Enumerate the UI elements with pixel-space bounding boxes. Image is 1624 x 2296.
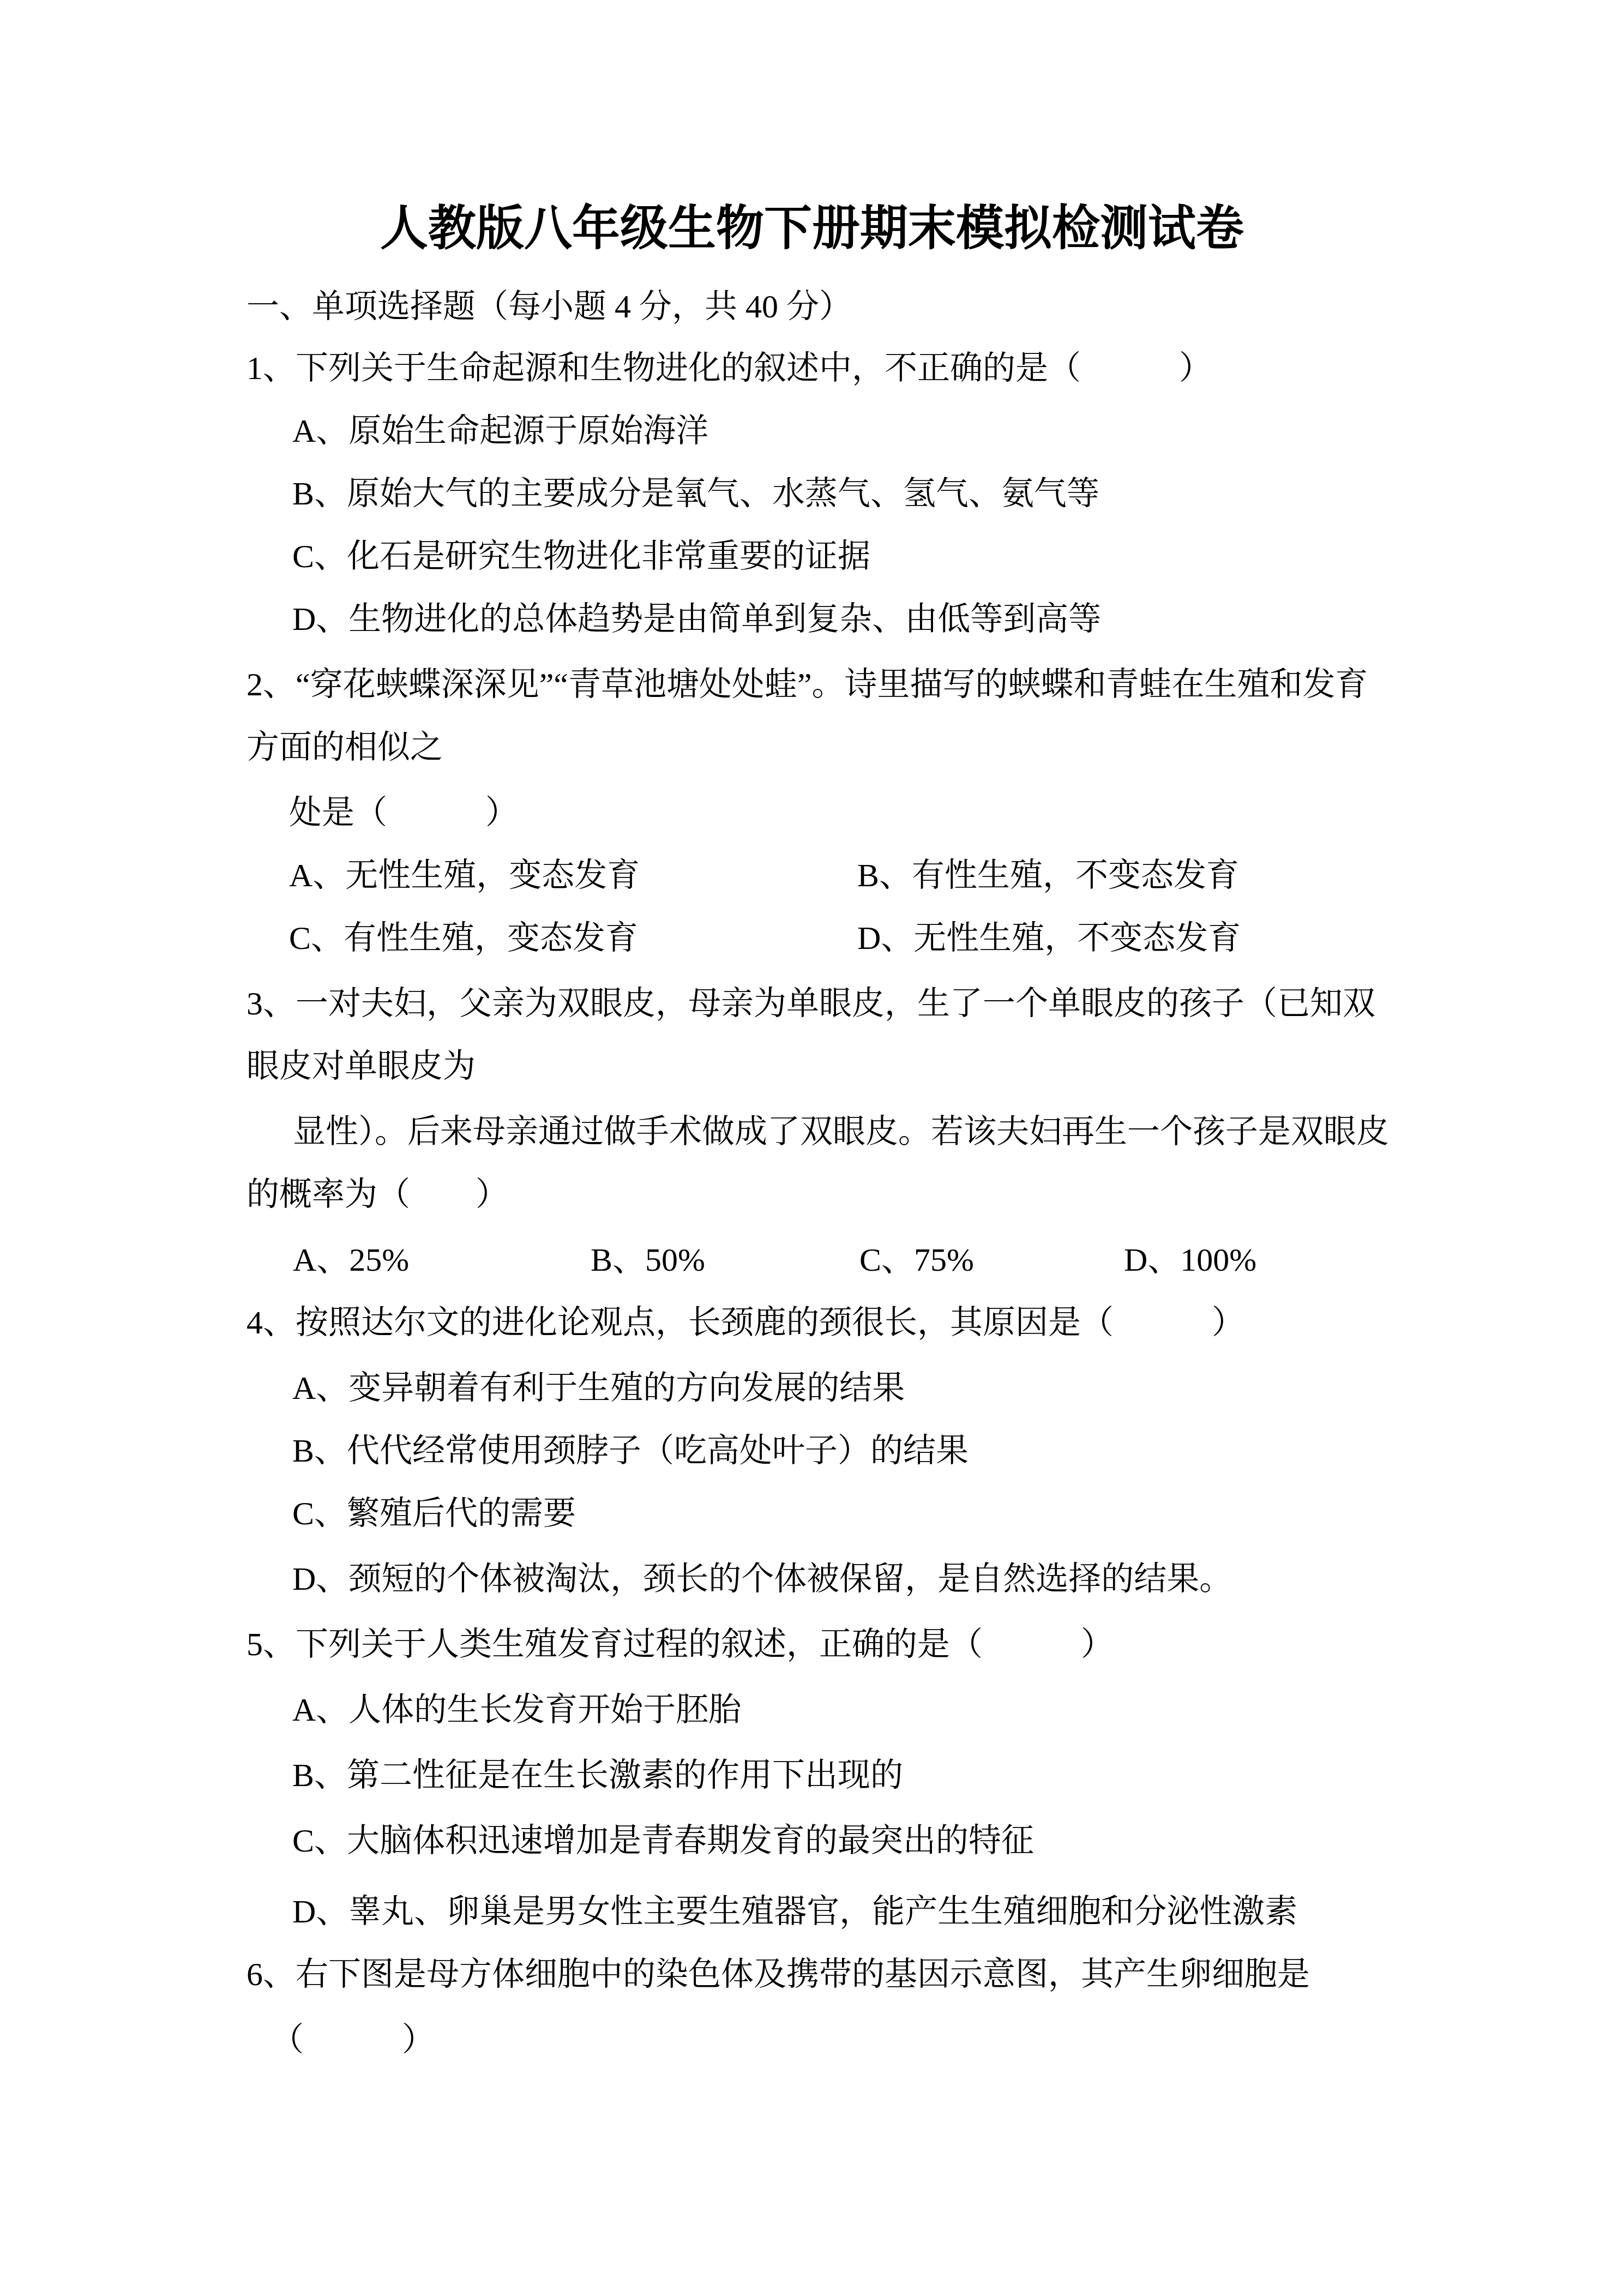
q5-option-a: A、人体的生长发育开始于胚胎: [292, 1679, 741, 1741]
q6-stem-line1: 6、右下图是母方体细胞中的染色体及携带的基因示意图，其产生卵细胞是: [246, 1943, 1310, 2005]
section-header: 一、单项选择题（每小题 4 分，共 40 分）: [246, 275, 852, 338]
q4-option-d: D、颈短的个体被淘汰，颈长的个体被保留，是自然选择的结果。: [292, 1548, 1232, 1610]
q2-stem-line3: 处是（ ）: [289, 782, 518, 844]
q6-stem-line2: （ ）: [271, 2009, 435, 2071]
q5-option-b: B、第二性征是在生长激素的作用下出现的: [292, 1744, 903, 1806]
q2-stem-line2: 方面的相似之: [246, 716, 443, 778]
q4-option-c: C、繁殖后代的需要: [292, 1482, 576, 1544]
q5-option-c: C、大脑体积迅速增加是青春期发育的最突出的特征: [292, 1810, 1034, 1872]
q3-option-b: B、50%: [591, 1229, 705, 1291]
q1-option-b: B、原始大气的主要成分是氧气、水蒸气、氢气、氨气等: [292, 462, 1099, 525]
q1-option-d: D、生物进化的总体趋势是由简单到复杂、由低等到高等: [292, 588, 1101, 650]
q4-option-b: B、代代经常使用颈脖子（吃高处叶子）的结果: [292, 1420, 969, 1482]
q3-option-a: A、25%: [293, 1229, 409, 1291]
q3-stem-line2: 眼皮对单眼皮为: [246, 1035, 476, 1097]
q1-stem: 1、下列关于生命起源和生物进化的叙述中，不正确的是（ ）: [246, 337, 1212, 399]
q1-option-a: A、原始生命起源于原始海洋: [292, 400, 708, 462]
q2-option-d: D、无性生殖，不变态发育: [857, 907, 1241, 969]
q4-stem: 4、按照达尔文的进化论观点，长颈鹿的颈很长，其原因是（ ）: [246, 1291, 1244, 1354]
exam-paper-page: 人教版八年级生物下册期末模拟检测试卷 一、单项选择题（每小题 4 分，共 40 …: [0, 0, 1624, 2296]
q5-option-d: D、睾丸、卵巢是男女性主要生殖器官，能产生生殖细胞和分泌性激素: [292, 1880, 1297, 1943]
q3-stem-line4: 的概率为（ ）: [246, 1163, 508, 1225]
q5-stem: 5、下列关于人类生殖发育过程的叙述，正确的是（ ）: [246, 1613, 1114, 1675]
q3-option-c: C、75%: [859, 1229, 974, 1291]
q1-option-c: C、化石是研究生物进化非常重要的证据: [292, 525, 870, 587]
q2-option-a: A、无性生殖，变态发育: [289, 844, 640, 906]
q2-option-b: B、有性生殖，不变态发育: [857, 844, 1239, 906]
q4-option-a: A、变异朝着有利于生殖的方向发展的结果: [292, 1357, 905, 1419]
q3-option-d: D、100%: [1124, 1229, 1256, 1291]
q2-stem-line1: 2、“穿花蛱蝶深深见”“青草池塘处处蛙”。诗里描写的蛱蝶和青蛙在生殖和发育: [246, 653, 1368, 716]
q3-stem-line3: 显性）。后来母亲通过做手术做成了双眼皮。若该夫妇再生一个孩子是双眼皮: [293, 1101, 1389, 1163]
q3-stem-line1: 3、一对夫妇，父亲为双眼皮，母亲为单眼皮，生了一个单眼皮的孩子（已知双: [246, 972, 1375, 1035]
doc-title: 人教版八年级生物下册期末模拟检测试卷: [0, 196, 1624, 262]
q2-option-c: C、有性生殖，变态发育: [289, 907, 638, 969]
